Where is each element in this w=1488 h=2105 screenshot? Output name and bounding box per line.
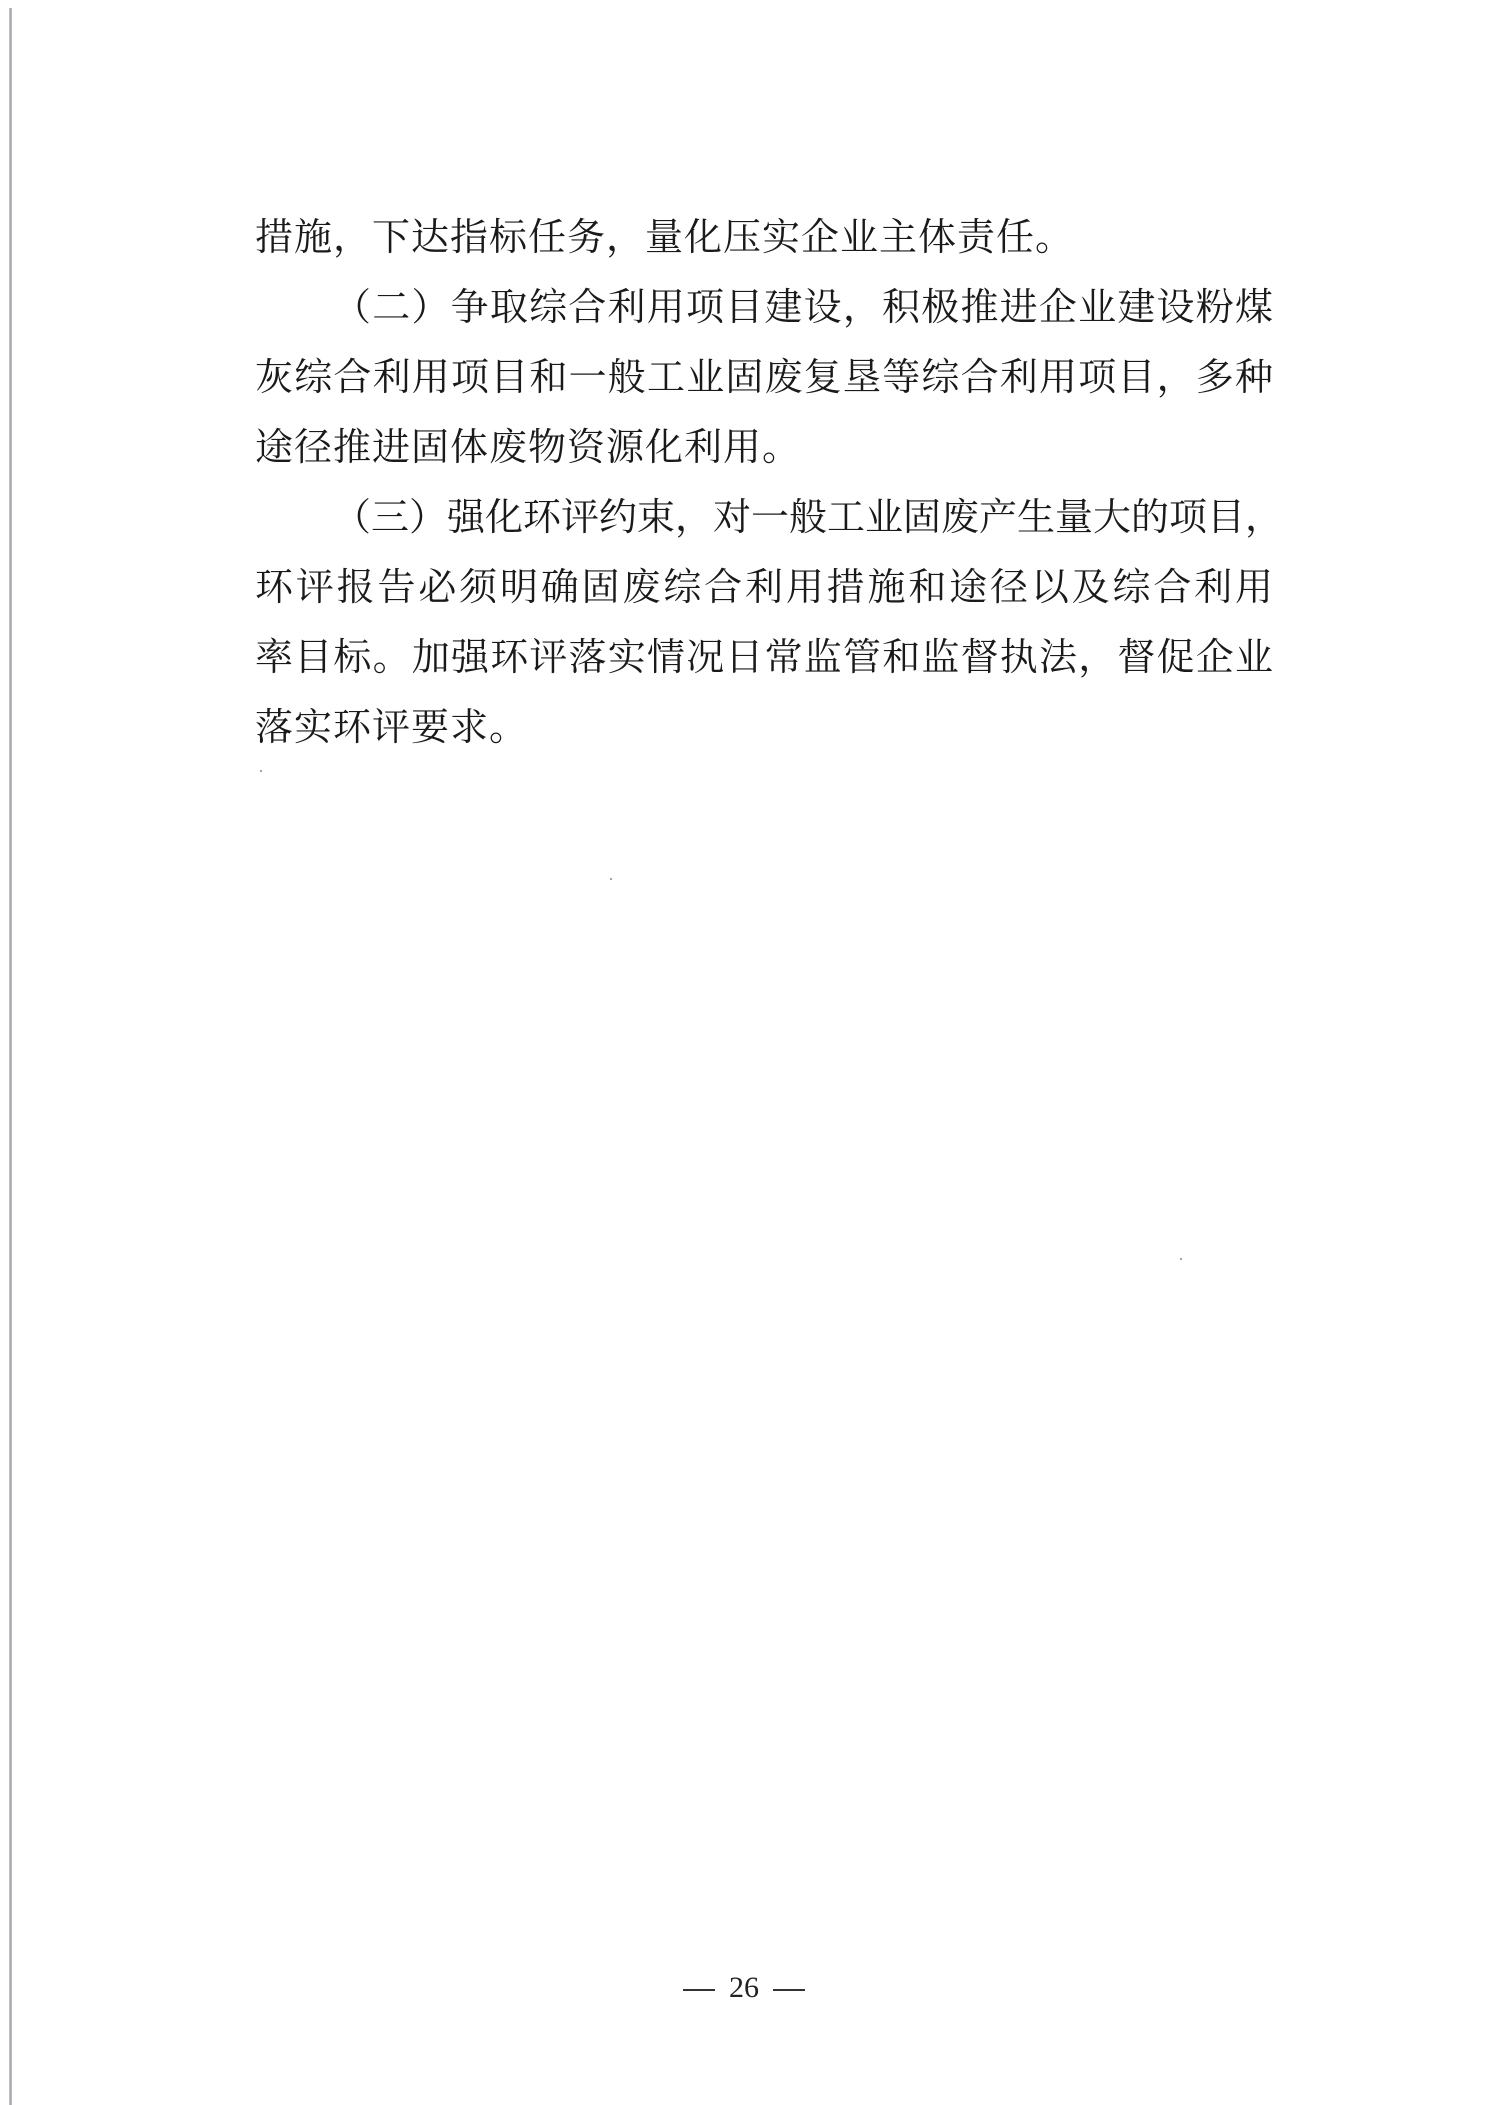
- body-text: 措施，下达指标任务，量化压实企业主体责任。 （二）争取综合利用项目建设，积极推进…: [255, 202, 1273, 762]
- paragraph-line: 途径推进固体废物资源化利用。: [255, 412, 1273, 482]
- page-number-value: 26: [729, 1971, 759, 2004]
- paragraph-line: 环评报告必须明确固废综合利用措施和途径以及综合利用: [255, 552, 1273, 622]
- scan-speck: [1180, 1258, 1182, 1260]
- dash-right: [773, 1989, 805, 1991]
- scan-speck: [260, 770, 262, 772]
- scan-speck: [610, 878, 612, 880]
- scan-edge-line: [9, 8, 12, 2105]
- paragraph-line: （三）强化环评约束，对一般工业固废产生量大的项目，: [255, 482, 1273, 552]
- paragraph-line: 落实环评要求。: [255, 692, 1273, 762]
- paragraph-line: 率目标。加强环评落实情况日常监管和监督执法，督促企业: [255, 622, 1273, 692]
- page-number: 26: [0, 1968, 1488, 2008]
- paragraph-line: 措施，下达指标任务，量化压实企业主体责任。: [255, 202, 1273, 272]
- dash-left: [683, 1989, 715, 1991]
- paragraph-line: 灰综合利用项目和一般工业固废复垦等综合利用项目，多种: [255, 342, 1273, 412]
- document-page: 措施，下达指标任务，量化压实企业主体责任。 （二）争取综合利用项目建设，积极推进…: [0, 0, 1488, 2105]
- paragraph-line: （二）争取综合利用项目建设，积极推进企业建设粉煤: [255, 272, 1273, 342]
